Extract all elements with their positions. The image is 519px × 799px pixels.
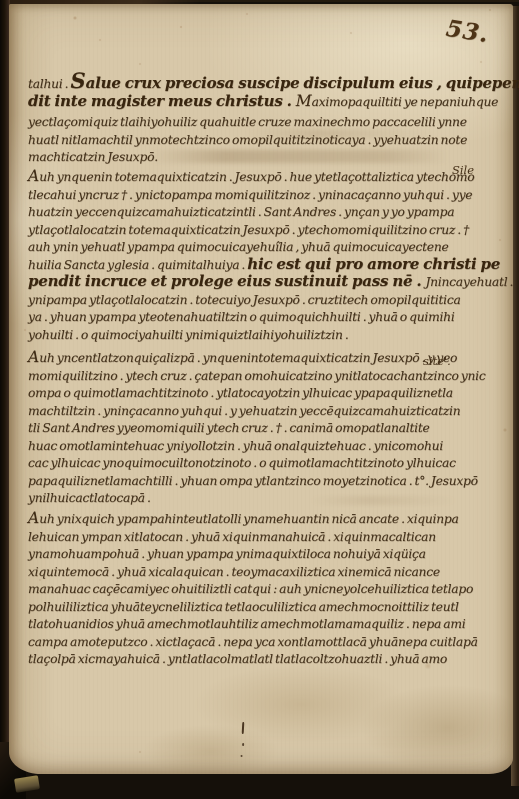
text-segment: papaquiliznetlamachtilli . yhuan ompa yt… bbox=[28, 474, 478, 488]
text-segment: huac omotlamintehuac yniyollotzin . yhuā… bbox=[28, 439, 443, 453]
text-segment: alue crux preciosa suscipe discipulum ei… bbox=[86, 74, 519, 92]
text-segment: dit inte magister meus christus . bbox=[28, 92, 296, 110]
text-segment: yohuilti . o quimociyahuilti ynimiquiztl… bbox=[28, 328, 349, 342]
text-segment: S bbox=[70, 68, 85, 93]
text-line: polhuililiztica yhuāteycneliliztica tetl… bbox=[28, 596, 474, 614]
text-line: talhui . Salue crux preciosa suscipe dis… bbox=[28, 70, 474, 91]
text-segment: talhui . bbox=[28, 77, 70, 91]
text-line: Auh ynixquich ypampahinteutlatolli yname… bbox=[28, 508, 474, 526]
text-line: ynilhuicactlatocapā . bbox=[28, 487, 474, 505]
text-line: pendit incruce et prolege eius sustinuit… bbox=[28, 271, 474, 289]
text-line: ytlaçotlalocatzin totemaquixticatzin Jes… bbox=[28, 219, 474, 237]
text-segment: Jnincayehuatl . bbox=[425, 275, 513, 289]
text-line: huatzin yeccenquizcamahuizticatzintli . … bbox=[28, 201, 474, 219]
text-segment: A bbox=[28, 509, 39, 527]
text-line: tlatohuanidios yhuā amechmotlauhtiliz am… bbox=[28, 613, 474, 631]
paragraph-3: Auh yncentlatzonquiçalizpā . ynquenintot… bbox=[28, 347, 474, 505]
text-line: campa amoteputzco . xictlaçacā . nepa yc… bbox=[28, 631, 474, 649]
text-line: tlaçolpā xicmayahuicā . yntlatlacolmatla… bbox=[28, 648, 474, 666]
text-segment: huatl nitlamachtil ynmotechtzinco omopil… bbox=[28, 133, 467, 147]
text-line: auh ynin yehuatl ypampa quimocuicayehuîl… bbox=[28, 236, 474, 254]
text-line: ompa o quimotlamachtitzinoto . ytlatocay… bbox=[28, 382, 474, 400]
text-line: yohuilti . o quimociyahuilti ynimiquiztl… bbox=[28, 324, 474, 342]
text-line: machticatzin Jesuxpō. bbox=[28, 146, 474, 164]
text-line: machtiltzin . yninçacanno yuhqui . y yeh… bbox=[28, 400, 474, 418]
text-segment: lehuican ympan xitlatocan . yhuā xiquinm… bbox=[28, 530, 436, 544]
text-segment: tlecahui yncruz † . ynictopampa momiquil… bbox=[28, 188, 472, 202]
text-segment: ytlaçotlalocatzin totemaquixticatzin Jes… bbox=[28, 223, 469, 237]
text-line: papaquiliznetlamachtilli . yhuan ompa yt… bbox=[28, 470, 474, 488]
text-segment: hic est qui pro amore christi pe bbox=[247, 255, 500, 273]
manuscript-text-block: talhui . Salue crux preciosa suscipe dis… bbox=[28, 4, 474, 774]
text-line: tlecahui yncruz † . ynictopampa momiquil… bbox=[28, 184, 474, 202]
text-segment: momiquilitzino . ytech cruz . çatepan om… bbox=[28, 369, 485, 383]
text-segment: tlaçolpā xicmayahuicā . yntlatlacolmatla… bbox=[28, 652, 447, 666]
text-segment: cac ylhuicac ynoquimocuiltonotzinoto . o… bbox=[28, 456, 456, 470]
text-segment: huatzin yeccenquizcamahuizticatzintli . … bbox=[28, 205, 454, 219]
text-line: cac ylhuicac ynoquimocuiltonotzinoto . o… bbox=[28, 452, 474, 470]
text-segment: huilia Sancta yglesia . quimitalhuiya . bbox=[28, 258, 247, 272]
text-line: huilia Sancta yglesia . quimitalhuiya . … bbox=[28, 254, 474, 272]
text-line: ya . yhuan ypampa yteotenahuatiltzin o q… bbox=[28, 306, 474, 324]
text-segment: uh yncentlatzonquiçalizpā . ynquenintote… bbox=[39, 351, 457, 365]
text-segment: A bbox=[28, 167, 39, 185]
text-segment: machtiltzin . yninçacanno yuhqui . y yeh… bbox=[28, 404, 460, 418]
text-line: ynamohuampohuā . yhuan ypampa ynimaquixt… bbox=[28, 543, 474, 561]
binding-tab bbox=[14, 775, 40, 793]
text-segment: yectlaçomiquiz tlaihiyohuiliz quahuitle … bbox=[28, 115, 467, 129]
text-segment: ynilhuicactlatocapā . bbox=[28, 491, 151, 505]
text-segment: tli Sant Andres yyeomomiquili ytech cruz… bbox=[28, 421, 430, 435]
text-segment: pendit incruce et prolege eius sustinuit… bbox=[28, 272, 425, 290]
text-segment: xiquintemocā . yhuā xicalaquican . teoym… bbox=[28, 565, 440, 579]
text-line: Auh yncentlatzonquiçalizpā . ynquenintot… bbox=[28, 347, 474, 365]
text-line: huatl nitlamachtil ynmotechtzinco omopil… bbox=[28, 129, 474, 147]
text-line: tli Sant Andres yyeomomiquili ytech cruz… bbox=[28, 417, 474, 435]
photo-background: 53. talhui . Salue crux preciosa suscipe… bbox=[0, 0, 519, 799]
text-line: xiquintemocā . yhuā xicalaquican . teoym… bbox=[28, 561, 474, 579]
text-segment: auh ynin yehuatl ypampa quimocuicayehuîl… bbox=[28, 240, 449, 254]
paragraph-1: talhui . Salue crux preciosa suscipe dis… bbox=[28, 70, 474, 164]
text-segment: campa amoteputzco . xictlaçacā . nepa yc… bbox=[28, 635, 478, 649]
text-segment: uh ynquenin totemaquixticatzin . Jesuxpō… bbox=[39, 170, 474, 184]
text-segment: A bbox=[28, 348, 39, 366]
text-line: Auh ynquenin totemaquixticatzin . Jesuxp… bbox=[28, 166, 474, 184]
text-segment: aximopaquiltiti ye nepaniuhque bbox=[312, 95, 499, 109]
text-segment: uh ynixquich ypampahinteutlatolli ynameh… bbox=[39, 512, 458, 526]
text-segment: machticatzin Jesuxpō. bbox=[28, 150, 158, 164]
text-line: manahuac caçēcamiyec ohuitiliztli catqui… bbox=[28, 578, 474, 596]
margin-note: Sile bbox=[452, 165, 474, 177]
text-segment: manahuac caçēcamiyec ohuitiliztli catqui… bbox=[28, 582, 473, 596]
manuscript-page: 53. talhui . Salue crux preciosa suscipe… bbox=[9, 4, 513, 774]
paragraph-4: Auh ynixquich ypampahinteutlatolli yname… bbox=[28, 508, 474, 666]
text-line: huac omotlamintehuac yniyollotzin . yhuā… bbox=[28, 435, 474, 453]
text-line: ynipampa ytlaçotlalocatzin . totecuiyo J… bbox=[28, 289, 474, 307]
text-segment: M bbox=[296, 92, 312, 110]
text-segment: polhuililiztica yhuāteycneliliztica tetl… bbox=[28, 600, 459, 614]
text-segment: tlatohuanidios yhuā amechmotlauhtiliz am… bbox=[28, 617, 465, 631]
text-segment: ynipampa ytlaçotlalocatzin . totecuiyo J… bbox=[28, 293, 461, 307]
paragraph-2: Auh ynquenin totemaquixticatzin . Jesuxp… bbox=[28, 166, 474, 341]
text-line: dit inte magister meus christus . Maximo… bbox=[28, 91, 474, 111]
text-segment: ompa o quimotlamachtitzinoto . ytlatocay… bbox=[28, 386, 453, 400]
text-line: yectlaçomiquiz tlaihiyohuiliz quahuitle … bbox=[28, 111, 474, 129]
text-segment: ynamohuampohuā . yhuan ypampa ynimaquixt… bbox=[28, 547, 426, 561]
text-line: momiquilitzino . ytech cruz . çatepan om… bbox=[28, 365, 474, 383]
text-segment: ya . yhuan ypampa yteotenahuatiltzin o q… bbox=[28, 310, 455, 324]
margin-note: site'. bbox=[423, 356, 451, 368]
text-line: lehuican ympan xitlatocan . yhuā xiquinm… bbox=[28, 526, 474, 544]
